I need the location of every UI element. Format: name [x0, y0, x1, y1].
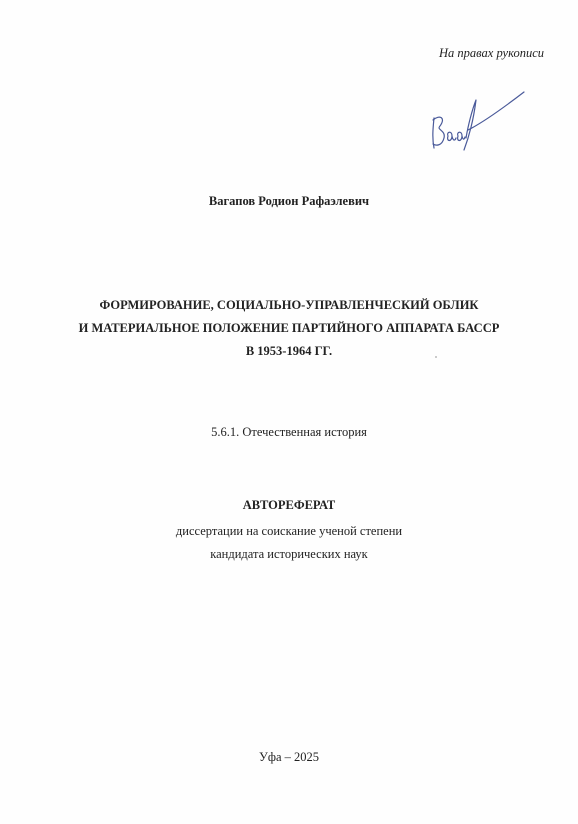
author-name: Вагапов Родион Рафаэлевич	[0, 194, 578, 209]
scan-artifact	[435, 356, 437, 358]
manuscript-rights-note: На правах рукописи	[439, 46, 544, 61]
document-page: На правах рукописи Вагапов Родион Рафаэл…	[0, 0, 578, 824]
abstract-subtitle: диссертации на соискание ученой степени …	[0, 520, 578, 566]
abstract-heading: АВТОРЕФЕРАТ	[0, 498, 578, 513]
title-line: И МАТЕРИАЛЬНОЕ ПОЛОЖЕНИЕ ПАРТИЙНОГО АППА…	[0, 317, 578, 340]
abstract-subtitle-line: кандидата исторических наук	[0, 543, 578, 566]
title-line: В 1953-1964 ГГ.	[0, 340, 578, 363]
dissertation-title: ФОРМИРОВАНИЕ, СОЦИАЛЬНО-УПРАВЛЕНЧЕСКИЙ О…	[0, 294, 578, 363]
specialty-code: 5.6.1. Отечественная история	[0, 425, 578, 440]
signature-icon	[428, 86, 528, 156]
title-line: ФОРМИРОВАНИЕ, СОЦИАЛЬНО-УПРАВЛЕНЧЕСКИЙ О…	[0, 294, 578, 317]
abstract-subtitle-line: диссертации на соискание ученой степени	[0, 520, 578, 543]
city-year: Уфа – 2025	[0, 750, 578, 765]
